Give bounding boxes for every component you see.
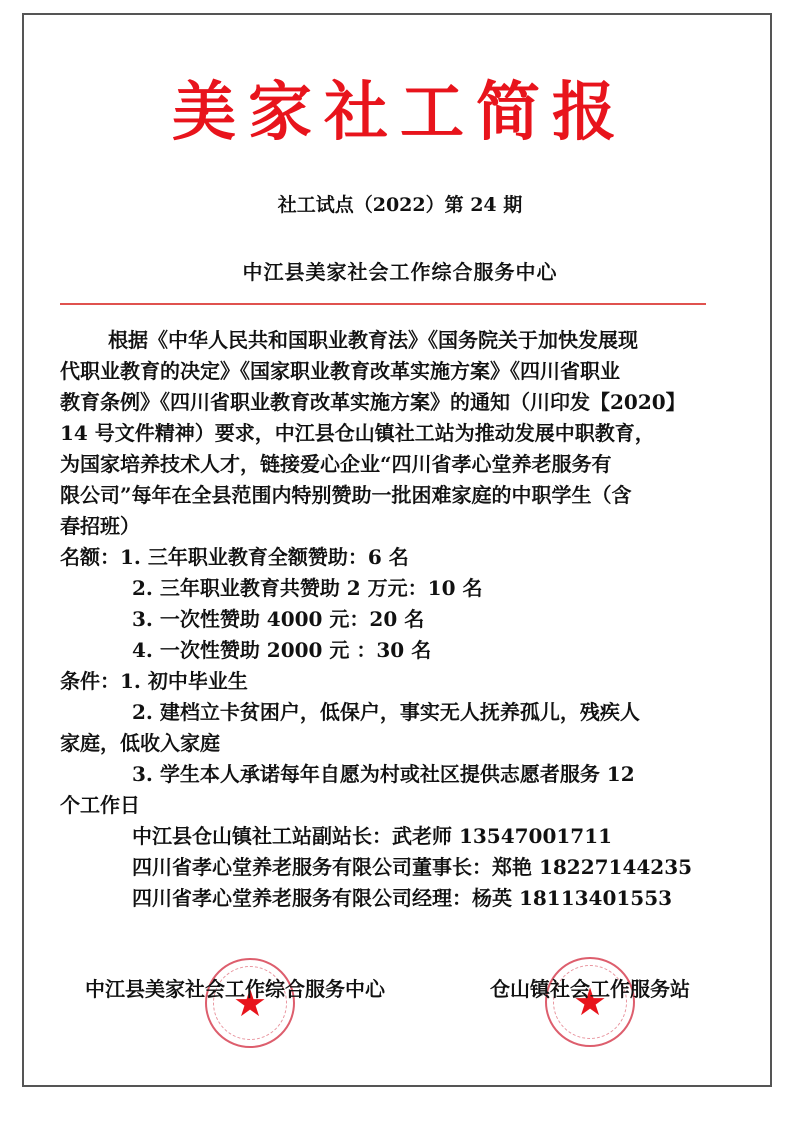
intro-line: 代职业教育的决定》《国家职业教育改革实施方案》《四川省职业 xyxy=(60,356,720,387)
intro-line: 限公司”每年在全县范围内特别赞助一批困难家庭的中职学生（含 xyxy=(60,480,720,511)
condition-item: 条件：1. 初中毕业生 xyxy=(60,666,720,697)
contacts-section: 中江县仓山镇社工站副站长：武老师 13547001711 四川省孝心堂养老服务有… xyxy=(60,821,720,914)
official-seal-left: ★ xyxy=(205,958,295,1048)
quota-item: 4. 一次性赞助 2000 元 ：30 名 xyxy=(60,635,720,666)
intro-line: 根据《中华人民共和国职业教育法》《国务院关于加快发展现 xyxy=(60,325,720,356)
contact-line: 中江县仓山镇社工站副站长：武老师 13547001711 xyxy=(60,821,720,852)
official-seal-right: ★ xyxy=(545,957,635,1047)
condition-item-continued: 家庭，低收入家庭 xyxy=(60,728,720,759)
condition-item: 2. 建档立卡贫困户，低保户，事实无人抚养孤儿，残疾人 xyxy=(60,697,720,728)
condition-item: 3. 学生本人承诺每年自愿为村或社区提供志愿者服务 12 xyxy=(60,759,720,790)
quota-section: 名额：1. 三年职业教育全额赞助：6 名 2. 三年职业教育共赞助 2 万元：1… xyxy=(60,542,720,666)
document-body: 根据《中华人民共和国职业教育法》《国务院关于加快发展现 代职业教育的决定》《国家… xyxy=(60,325,720,914)
intro-line: 春招班） xyxy=(60,511,720,542)
intro-paragraph: 根据《中华人民共和国职业教育法》《国务院关于加快发展现 代职业教育的决定》《国家… xyxy=(60,325,720,542)
red-divider xyxy=(60,303,706,305)
signature-right: 仓山镇社会工作服务站 xyxy=(490,976,690,1002)
intro-line: 教育条例》《四川省职业教育改革实施方案》的通知（川印发【2020】 xyxy=(60,387,720,418)
quota-item: 名额：1. 三年职业教育全额赞助：6 名 xyxy=(60,542,720,573)
quota-item: 2. 三年职业教育共赞助 2 万元：10 名 xyxy=(60,573,720,604)
issue-number: 社工试点（2022）第 24 期 xyxy=(0,193,800,217)
quota-item: 3. 一次性赞助 4000 元：20 名 xyxy=(60,604,720,635)
quota-label: 名额： xyxy=(60,545,120,569)
masthead-title: 美家社工简报 xyxy=(0,73,800,153)
conditions-label: 条件： xyxy=(60,669,120,693)
conditions-section: 条件：1. 初中毕业生 2. 建档立卡贫困户，低保户，事实无人抚养孤儿，残疾人 … xyxy=(60,666,720,821)
contact-line: 四川省孝心堂养老服务有限公司经理：杨英 18113401553 xyxy=(60,883,720,914)
intro-line: 为国家培养技术人才，链接爱心企业“四川省孝心堂养老服务有 xyxy=(60,449,720,480)
condition-item-continued: 个工作日 xyxy=(60,790,720,821)
publisher-organization: 中江县美家社会工作综合服务中心 xyxy=(0,259,800,285)
signature-left: 中江县美家社会工作综合服务中心 xyxy=(85,976,385,1002)
contact-line: 四川省孝心堂养老服务有限公司董事长：郑艳 18227144235 xyxy=(60,852,720,883)
intro-line: 14 号文件精神）要求，中江县仓山镇社工站为推动发展中职教育， xyxy=(60,418,720,449)
condition-item-text: 1. 初中毕业生 xyxy=(120,669,248,693)
quota-item-text: 1. 三年职业教育全额赞助：6 名 xyxy=(120,545,409,569)
